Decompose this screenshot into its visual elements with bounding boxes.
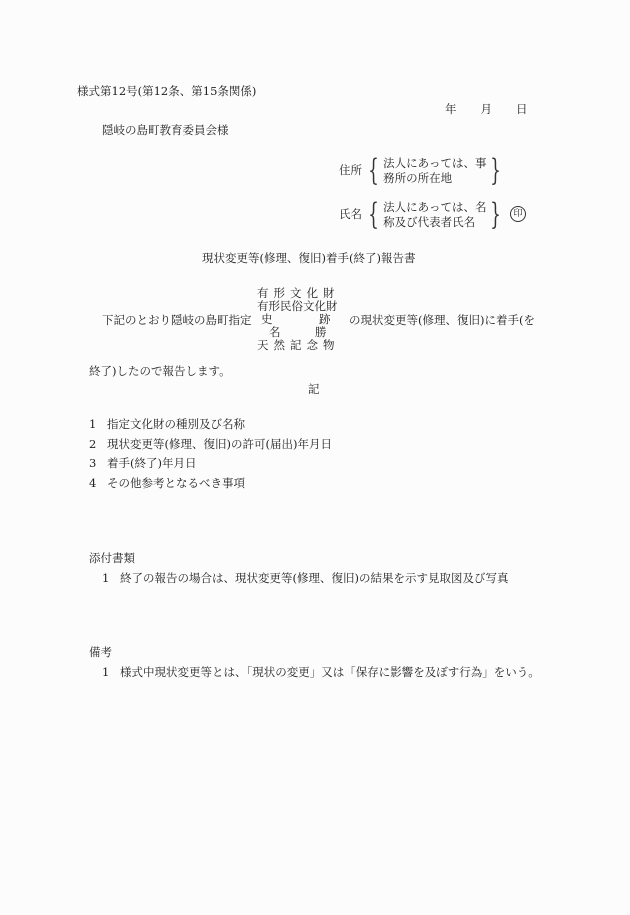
left-brace-icon: { — [368, 200, 379, 230]
attachments-heading: 添付書類 — [89, 553, 135, 565]
applicant-address: 住所 { 法人にあっては、事 務所の所在地 } — [339, 156, 506, 186]
name-note-line1: 法人にあっては、名 — [383, 202, 486, 214]
year-label: 年 — [445, 104, 457, 116]
left-brace-icon: { — [368, 156, 379, 186]
right-brace-icon: } — [491, 200, 502, 230]
category-natural-monument: 天然記念物 — [257, 339, 340, 352]
date-line: 年月日 — [445, 104, 528, 116]
name-note-line2: 称及び代表者氏名 — [383, 217, 486, 229]
notes-heading: 備考 — [89, 647, 112, 659]
body-prefix: 下記のとおり隠岐の島町指定 — [102, 315, 252, 327]
address-note-line2: 務所の所在地 — [383, 173, 486, 185]
month-label: 月 — [481, 104, 493, 116]
list-item: 3着手(終了)年月日 — [89, 458, 332, 478]
day-label: 日 — [516, 104, 528, 116]
item-list: 1指定文化財の種別及び名称 2現状変更等(修理、復旧)の許可(届出)年月日 3着… — [89, 419, 332, 497]
list-item: 1指定文化財の種別及び名称 — [89, 419, 332, 439]
form-number: 様式第12号(第12条、第15条関係) — [77, 86, 256, 98]
document-title: 現状変更等(修理、復旧)着手(終了)報告書 — [202, 253, 415, 265]
ki-heading: 記 — [308, 384, 320, 396]
address-note-line1: 法人にあっては、事 — [383, 158, 486, 170]
body-continuation: 終了)したので報告します。 — [89, 366, 231, 378]
address-label: 住所 — [339, 165, 362, 177]
addressee: 隠岐の島町教育委員会様 — [102, 125, 229, 137]
name-label: 氏名 — [339, 209, 362, 221]
list-item: 4その他参考となるべき事項 — [89, 478, 332, 498]
right-brace-icon: } — [491, 156, 502, 186]
category-stack: 有形文化財 有形民俗文化財 史跡 名勝 天然記念物 — [257, 287, 340, 352]
applicant-name: 氏名 { 法人にあっては、名 称及び代表者氏名 } — [339, 200, 506, 230]
note-item: 1様式中現状変更等とは、「現状の変更」又は「保存に影響を及ぼす行為」をいう。 — [102, 667, 540, 679]
body-suffix: の現状変更等(修理、復旧)に着手(を — [349, 315, 535, 327]
attachment-item: 1終了の報告の場合は、現状変更等(修理、復旧)の結果を示す見取図及び写真 — [102, 573, 508, 585]
seal-icon: 印 — [510, 206, 526, 222]
